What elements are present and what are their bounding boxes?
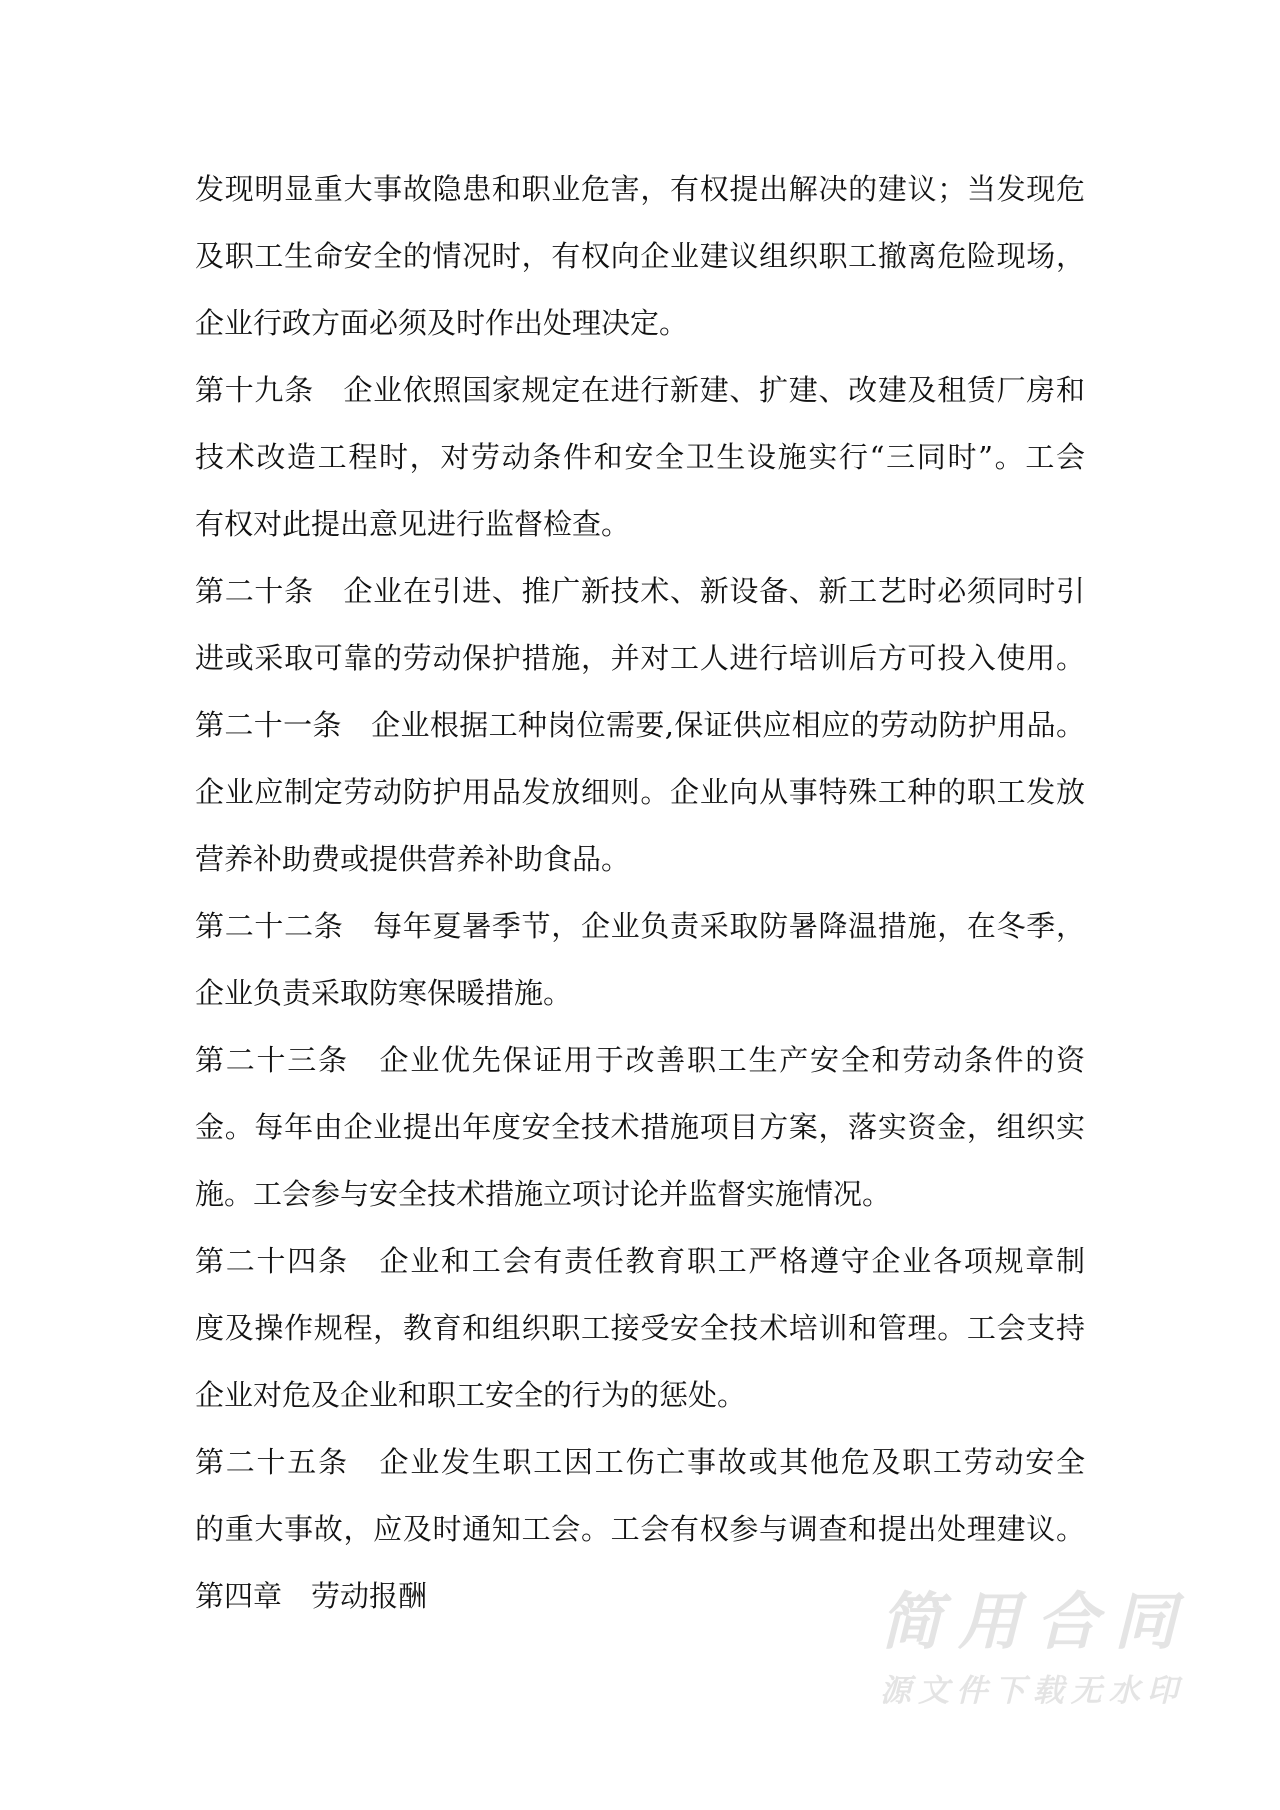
article-heading-line: 第二十条 企业在引进、推广新技术、新设备、新工艺时必须同时引	[195, 558, 1085, 625]
document-body: 发现明显重大事故隐患和职业危害，有权提出解决的建议；当发现危 及职工生命安全的情…	[195, 156, 1085, 1630]
text-line: 营养补助费或提供营养补助食品。	[195, 826, 1085, 893]
paragraph-article-21: 第二十一条 企业根据工种岗位需要,保证供应相应的劳动防护用品。 企业应制定劳动防…	[195, 692, 1085, 893]
text-line: 发现明显重大事故隐患和职业危害，有权提出解决的建议；当发现危	[195, 156, 1085, 223]
text-line: 企业对危及企业和职工安全的行为的惩处。	[195, 1362, 1085, 1429]
text-line: 进或采取可靠的劳动保护措施，并对工人进行培训后方可投入使用。	[195, 625, 1085, 692]
text-line: 企业行政方面必须及时作出处理决定。	[195, 290, 1085, 357]
text-line: 技术改造工程时，对劳动条件和安全卫生设施实行“三同时”。工会	[195, 424, 1085, 491]
watermark-tagline: 源文件下载无水印	[880, 1673, 1180, 1709]
paragraph-article-19: 第十九条 企业依照国家规定在进行新建、扩建、改建及租赁厂房和 技术改造工程时，对…	[195, 357, 1085, 558]
document-page: 发现明显重大事故隐患和职业危害，有权提出解决的建议；当发现危 及职工生命安全的情…	[0, 0, 1280, 1810]
text-line: 企业负责采取防寒保暖措施。	[195, 960, 1085, 1027]
article-heading-line: 第二十一条 企业根据工种岗位需要,保证供应相应的劳动防护用品。	[195, 692, 1085, 759]
paragraph-article-20: 第二十条 企业在引进、推广新技术、新设备、新工艺时必须同时引 进或采取可靠的劳动…	[195, 558, 1085, 692]
text-line: 金。每年由企业提出年度安全技术措施项目方案，落实资金，组织实	[195, 1094, 1085, 1161]
paragraph-article-18-continued: 发现明显重大事故隐患和职业危害，有权提出解决的建议；当发现危 及职工生命安全的情…	[195, 156, 1085, 357]
text-line: 的重大事故，应及时通知工会。工会有权参与调查和提出处理建议。	[195, 1496, 1085, 1563]
article-heading-line: 第二十二条 每年夏暑季节，企业负责采取防暑降温措施，在冬季，	[195, 893, 1085, 960]
paragraph-article-25: 第二十五条 企业发生职工因工伤亡事故或其他危及职工劳动安全 的重大事故，应及时通…	[195, 1429, 1085, 1563]
article-heading-line: 第二十四条 企业和工会有责任教育职工严格遵守企业各项规章制	[195, 1228, 1085, 1295]
text-line: 及职工生命安全的情况时，有权向企业建议组织职工撤离危险现场，	[195, 223, 1085, 290]
article-heading-line: 第十九条 企业依照国家规定在进行新建、扩建、改建及租赁厂房和	[195, 357, 1085, 424]
paragraph-article-22: 第二十二条 每年夏暑季节，企业负责采取防暑降温措施，在冬季， 企业负责采取防寒保…	[195, 893, 1085, 1027]
paragraph-article-24: 第二十四条 企业和工会有责任教育职工严格遵守企业各项规章制 度及操作规程，教育和…	[195, 1228, 1085, 1429]
text-line: 有权对此提出意见进行监督检查。	[195, 491, 1085, 558]
text-line: 施。工会参与安全技术措施立项讨论并监督实施情况。	[195, 1161, 1085, 1228]
article-heading-line: 第二十五条 企业发生职工因工伤亡事故或其他危及职工劳动安全	[195, 1429, 1085, 1496]
text-line: 企业应制定劳动防护用品发放细则。企业向从事特殊工种的职工发放	[195, 759, 1085, 826]
paragraph-article-23: 第二十三条 企业优先保证用于改善职工生产安全和劳动条件的资 金。每年由企业提出年…	[195, 1027, 1085, 1228]
article-heading-line: 第二十三条 企业优先保证用于改善职工生产安全和劳动条件的资	[195, 1027, 1085, 1094]
text-line: 度及操作规程，教育和组织职工接受安全技术培训和管理。工会支持	[195, 1295, 1085, 1362]
watermark: 简用合同 源文件下载无水印	[880, 1585, 1180, 1709]
watermark-brand: 简用合同	[880, 1585, 1180, 1659]
